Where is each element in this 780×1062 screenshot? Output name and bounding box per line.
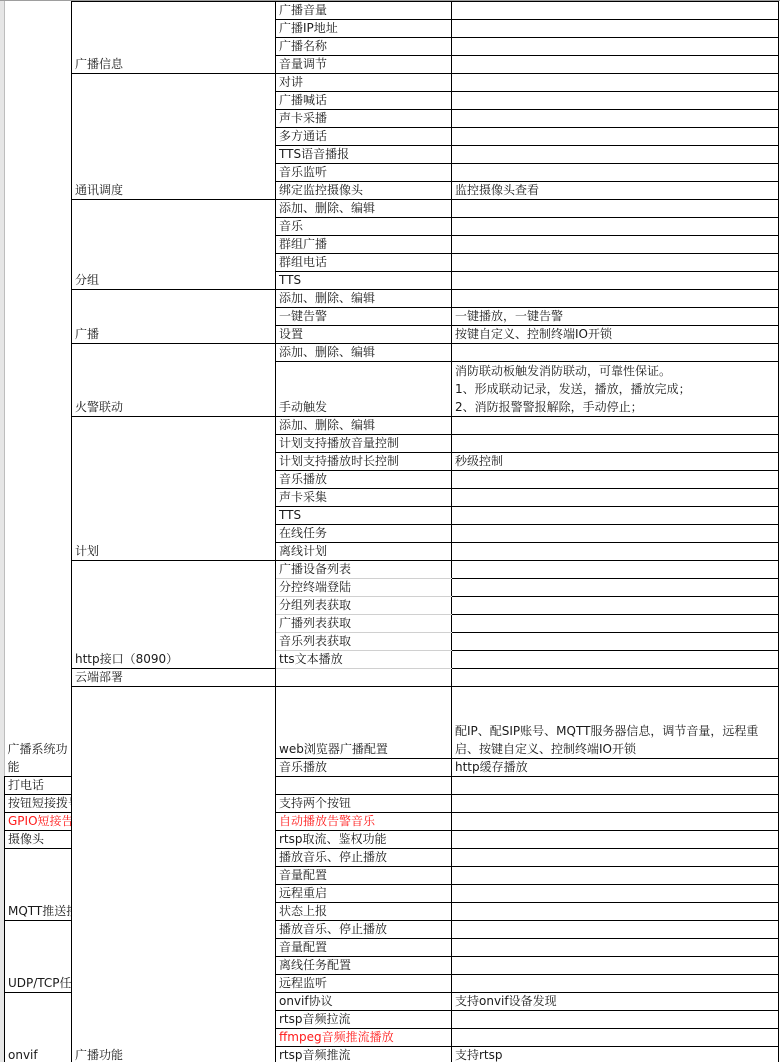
note-cell[interactable] — [452, 38, 779, 56]
note-cell[interactable] — [452, 831, 779, 849]
feature-cell[interactable]: 广播设备列表 — [276, 561, 452, 579]
note-cell[interactable]: 按键自定义、控制终端IO开锁 — [452, 326, 779, 344]
group-label[interactable]: web浏览器广播配置 — [276, 687, 452, 759]
note-cell[interactable] — [452, 921, 779, 939]
feature-cell[interactable]: 多方通话 — [276, 128, 452, 146]
note-cell[interactable] — [452, 290, 779, 308]
group-label[interactable]: http接口（8090） — [72, 561, 276, 669]
note-cell[interactable]: 一键播放，一键告警 — [452, 308, 779, 326]
note-cell[interactable] — [452, 1029, 779, 1047]
note-cell[interactable] — [452, 110, 779, 128]
note-cell[interactable] — [452, 56, 779, 74]
group-label[interactable]: 音乐播放 — [276, 759, 452, 777]
feature-cell[interactable]: 在线任务 — [276, 525, 452, 543]
note-cell[interactable]: 支持onvif设备发现 — [452, 993, 779, 1011]
feature-cell[interactable]: 音量配置 — [276, 867, 452, 885]
group-label[interactable]: 分组 — [72, 200, 276, 290]
note-cell[interactable] — [452, 975, 779, 993]
feature-cell[interactable]: 广播音量 — [276, 2, 452, 20]
feature-cell[interactable]: 一键告警 — [276, 308, 452, 326]
note-cell[interactable] — [452, 543, 779, 561]
note-cell[interactable] — [452, 525, 779, 543]
feature-cell[interactable]: http缓存播放 — [452, 759, 779, 777]
feature-cell[interactable]: TTS — [276, 272, 452, 290]
note-cell[interactable] — [452, 597, 779, 615]
group-label[interactable]: 摄像头 — [5, 831, 72, 849]
feature-cell-multiline[interactable]: 配IP、配SIP账号、MQTT服务器信息，调节音量，远程重启、按键自定义、控制终… — [452, 687, 779, 759]
group-label[interactable]: MQTT推送接口 — [5, 849, 72, 921]
feature-cell[interactable]: 音乐列表获取 — [276, 633, 452, 651]
feature-cell[interactable]: 添加、删除、编辑 — [276, 344, 452, 362]
note-cell[interactable] — [452, 146, 779, 164]
feature-cell[interactable]: 广播列表获取 — [276, 615, 452, 633]
feature-cell[interactable]: 群组广播 — [276, 236, 452, 254]
feature-cell[interactable]: 设置 — [276, 326, 452, 344]
note-cell[interactable] — [452, 489, 779, 507]
note-cell[interactable] — [452, 867, 779, 885]
note-cell[interactable] — [452, 849, 779, 867]
note-cell[interactable] — [452, 200, 779, 218]
feature-cell[interactable]: 添加、删除、编辑 — [276, 200, 452, 218]
note-cell[interactable] — [452, 218, 779, 236]
group-label-highlighted[interactable]: GPIO短接告警 — [5, 813, 72, 831]
section-label[interactable]: 广播系统功能 — [5, 2, 72, 777]
note-cell[interactable] — [452, 471, 779, 489]
feature-cell[interactable]: 添加、删除、编辑 — [276, 417, 452, 435]
spreadsheet-grid: 广播系统功能 广播信息 广播音量 广播IP地址 广播名称 音量调节 通讯调度 对… — [4, 1, 778, 1062]
group-label[interactable]: UDP/TCP任务接口 — [5, 921, 72, 993]
note-cell[interactable]: 支持rtsp — [452, 1047, 779, 1062]
note-line: 1、形成联动记录，发送，播放，播放完成； — [455, 380, 775, 398]
feature-cell[interactable]: 声卡采播 — [276, 110, 452, 128]
group-label[interactable]: 打电话 — [5, 777, 72, 795]
feature-cell[interactable]: 对讲 — [276, 74, 452, 92]
note-cell[interactable] — [452, 20, 779, 38]
note-cell[interactable] — [452, 254, 779, 272]
feature-cell[interactable]: 音量调节 — [276, 56, 452, 74]
feature-cell[interactable]: 绑定监控摄像头 — [276, 182, 452, 200]
feature-cell[interactable]: 广播IP地址 — [276, 20, 452, 38]
note-cell[interactable] — [452, 903, 779, 921]
note-cell[interactable] — [452, 344, 779, 362]
group-label[interactable]: 火警联动 — [72, 344, 276, 417]
feature-cell[interactable]: 音乐 — [276, 218, 452, 236]
note-cell[interactable]: 监控摄像头查看 — [452, 182, 779, 200]
feature-cell[interactable]: 计划支持播放音量控制 — [276, 435, 452, 453]
feature-cell[interactable]: 离线计划 — [276, 543, 452, 561]
note-cell[interactable] — [452, 92, 779, 110]
feature-cell[interactable]: 远程重启 — [276, 885, 452, 903]
note-cell[interactable] — [452, 615, 779, 633]
feature-cell-highlighted[interactable]: ffmpeg音频推流播放 — [276, 1029, 452, 1047]
note-cell[interactable]: 秒级控制 — [452, 453, 779, 471]
feature-cell-highlighted[interactable]: 自动播放告警音乐 — [276, 813, 452, 831]
note-cell[interactable] — [452, 164, 779, 182]
group-label[interactable]: 广播 — [72, 290, 276, 344]
feature-cell[interactable]: onvif协议 — [276, 993, 452, 1011]
note-cell-multiline[interactable]: 消防联动板触发消防联动，可靠性保证。 1、形成联动记录，发送，播放，播放完成； … — [452, 362, 779, 417]
feature-cell[interactable]: 添加、删除、编辑 — [276, 290, 452, 308]
note-cell[interactable] — [452, 795, 779, 813]
group-label[interactable]: 计划 — [72, 417, 276, 561]
section-label[interactable]: 广播功能 — [72, 687, 276, 1062]
note-cell[interactable] — [452, 561, 779, 579]
feature-cell[interactable]: 离线任务配置 — [276, 957, 452, 975]
group-label[interactable]: 按钮短接拨号 — [5, 795, 72, 813]
feature-cell[interactable]: 分组列表获取 — [276, 597, 452, 615]
feature-cell[interactable]: 状态上报 — [276, 903, 452, 921]
note-line: 消防联动板触发消防联动，可靠性保证。 — [455, 362, 775, 380]
group-label[interactable]: 通讯调度 — [72, 74, 276, 200]
feature-cell[interactable]: 群组电话 — [276, 254, 452, 272]
feature-cell[interactable]: 计划支持播放时长控制 — [276, 453, 452, 471]
feature-cell[interactable] — [276, 777, 452, 795]
feature-cell[interactable] — [276, 669, 452, 687]
note-cell[interactable] — [452, 2, 779, 20]
feature-cell[interactable]: 广播名称 — [276, 38, 452, 56]
note-cell[interactable] — [452, 507, 779, 525]
feature-cell[interactable]: 远程监听 — [276, 975, 452, 993]
feature-table: 广播系统功能 广播信息 广播音量 广播IP地址 广播名称 音量调节 通讯调度 对… — [4, 1, 779, 1062]
feature-cell[interactable]: 手动触发 — [276, 362, 452, 417]
note-cell[interactable] — [452, 128, 779, 146]
note-cell[interactable] — [452, 669, 779, 687]
feature-cell[interactable]: 音乐播放 — [276, 471, 452, 489]
note-cell[interactable] — [452, 236, 779, 254]
note-cell[interactable] — [452, 885, 779, 903]
note-cell[interactable] — [452, 813, 779, 831]
note-cell[interactable] — [452, 74, 779, 92]
group-label[interactable]: 广播信息 — [72, 2, 276, 74]
group-label[interactable]: 云端部署 — [72, 669, 276, 687]
feature-cell[interactable]: 音乐监听 — [276, 164, 452, 182]
note-cell[interactable] — [452, 777, 779, 795]
note-cell[interactable] — [452, 435, 779, 453]
feature-cell[interactable]: TTS语音播报 — [276, 146, 452, 164]
note-cell[interactable] — [452, 939, 779, 957]
feature-cell[interactable]: 播放音乐、停止播放 — [276, 921, 452, 939]
feature-cell[interactable]: TTS — [276, 507, 452, 525]
feature-cell[interactable]: rtsp音频拉流 — [276, 1011, 452, 1029]
feature-cell[interactable]: 分控终端登陆 — [276, 579, 452, 597]
group-label[interactable]: onvif — [5, 993, 72, 1062]
note-cell[interactable] — [452, 651, 779, 669]
note-cell[interactable] — [452, 957, 779, 975]
note-cell[interactable] — [452, 633, 779, 651]
note-cell[interactable] — [452, 417, 779, 435]
note-cell[interactable] — [452, 272, 779, 290]
feature-cell[interactable]: 声卡采集 — [276, 489, 452, 507]
feature-cell[interactable]: tts文本播放 — [276, 651, 452, 669]
feature-cell[interactable]: 音量配置 — [276, 939, 452, 957]
note-line: 2、消防报警警报解除，手动停止； — [455, 398, 775, 416]
note-cell[interactable] — [452, 1011, 779, 1029]
feature-cell[interactable]: rtsp音频推流 — [276, 1047, 452, 1062]
feature-cell[interactable]: rtsp取流、鉴权功能 — [276, 831, 452, 849]
feature-cell[interactable]: 播放音乐、停止播放 — [276, 849, 452, 867]
note-cell[interactable] — [452, 579, 779, 597]
feature-cell[interactable]: 支持两个按钮 — [276, 795, 452, 813]
feature-cell[interactable]: 广播喊话 — [276, 92, 452, 110]
